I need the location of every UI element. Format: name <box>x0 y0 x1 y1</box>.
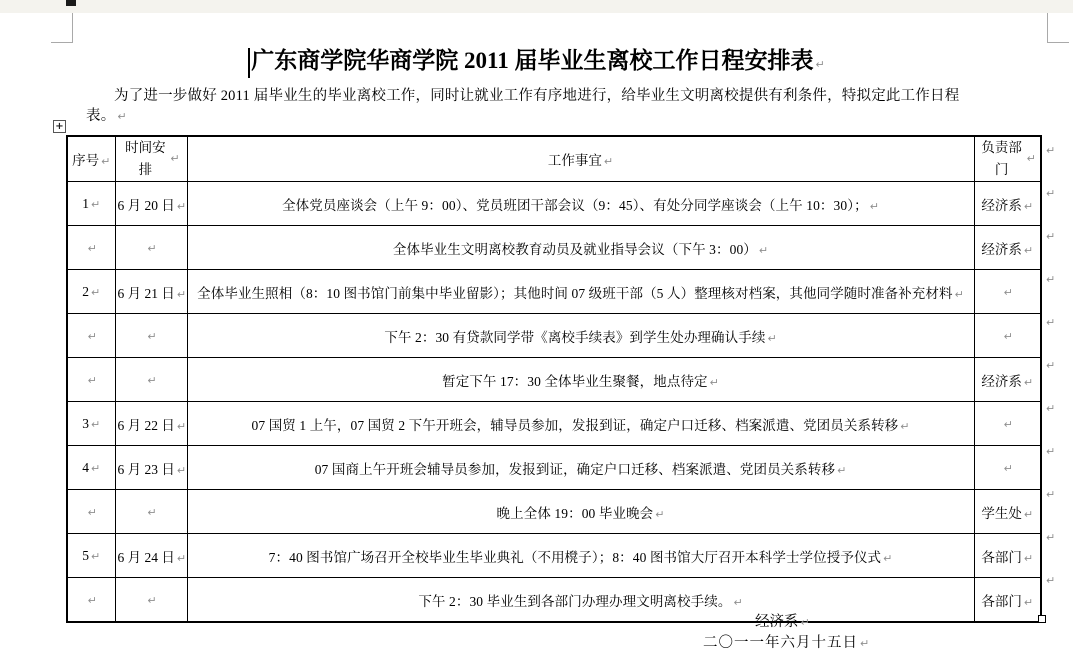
end-of-row-mark: ↵ <box>1046 316 1055 329</box>
cell-seq[interactable]: 3↵ <box>67 402 115 446</box>
signature-date[interactable]: 二〇一一年六月十五日↵ <box>703 631 869 652</box>
cell-dept[interactable]: 学生处↵ <box>974 490 1041 534</box>
end-of-row-mark: ↵ <box>1046 445 1055 458</box>
cell-mark: ↵ <box>177 464 186 477</box>
end-of-row-mark: ↵ <box>1046 187 1055 200</box>
table-header-row: 序号↵ 时间安排↵ 工作事宜↵ 负责部门↵ <box>67 136 1041 182</box>
header-seq-label: 序号 <box>72 153 99 168</box>
paragraph-mark: ↵ <box>117 110 126 123</box>
paragraph-mark: ↵ <box>816 58 825 71</box>
cell-mark: ↵ <box>1004 286 1013 299</box>
margin-corner-top-left-icon <box>51 13 73 43</box>
cell-mark: ↵ <box>88 506 97 519</box>
cell-date[interactable]: 6 月 20 日↵ <box>115 182 187 226</box>
cell-mark: ↵ <box>1004 462 1013 475</box>
header-task-label: 工作事宜 <box>548 153 602 168</box>
table-row: ↵ ↵ 下午 2：30 有贷款同学带《离校手续表》到学生处办理确认手续↵ ↵ <box>67 314 1041 358</box>
cell-task[interactable]: 全体党员座谈会（上午 9：00）、党员班团干部会议（9：45）、有处分同学座谈会… <box>187 182 974 226</box>
cell-mark: ↵ <box>147 506 156 519</box>
cell-mark: ↵ <box>177 200 186 213</box>
end-of-row-mark: ↵ <box>1046 230 1055 243</box>
cell-mark: ↵ <box>1004 330 1013 343</box>
signature-dept[interactable]: 经济系↵ <box>755 610 810 631</box>
cell-task[interactable]: 暂定下午 17：30 全体毕业生聚餐，地点待定↵ <box>187 358 974 402</box>
cell-task[interactable]: 7：40 图书馆广场召开全校毕业生毕业典礼（不用櫈子）；8：40 图书馆大厅召开… <box>187 534 974 578</box>
cell-seq[interactable]: ↵ <box>67 490 115 534</box>
cell-mark: ↵ <box>91 198 100 211</box>
cell-dept[interactable]: ↵ <box>974 402 1041 446</box>
cell-mark: ↵ <box>604 155 613 168</box>
cell-date[interactable]: ↵ <box>115 578 187 623</box>
table-resize-handle[interactable] <box>1038 615 1046 623</box>
paragraph-mark: ↵ <box>801 616 810 629</box>
intro-paragraph[interactable]: 为了进一步做好 2011 届毕业生的毕业离校工作，同时让就业工作有序地进行，给毕… <box>86 86 986 127</box>
cell-dept[interactable]: 经济系↵ <box>974 226 1041 270</box>
document-title-text: 广东商学院华商学院 2011 届毕业生离校工作日程安排表 <box>251 48 813 73</box>
cell-seq[interactable]: 1↵ <box>67 182 115 226</box>
cell-seq[interactable]: 5↵ <box>67 534 115 578</box>
table-row: ↵ ↵ 晚上全体 19：00 毕业晚会↵ 学生处↵ <box>67 490 1041 534</box>
cell-dept[interactable]: 经济系↵ <box>974 358 1041 402</box>
end-of-row-mark: ↵ <box>1046 144 1055 157</box>
cell-mark: ↵ <box>91 418 100 431</box>
cell-task[interactable]: 下午 2：30 毕业生到各部门办理办理文明离校手续。↵ <box>187 578 974 623</box>
cell-task[interactable]: 晚上全体 19：00 毕业晚会↵ <box>187 490 974 534</box>
cell-mark: ↵ <box>88 374 97 387</box>
cell-mark: ↵ <box>955 288 964 301</box>
end-of-row-mark: ↵ <box>1046 488 1055 501</box>
schedule-table: 序号↵ 时间安排↵ 工作事宜↵ 负责部门↵ 1↵ 6 月 20 日↵ 全体党员座… <box>66 135 1042 623</box>
cell-date[interactable]: ↵ <box>115 226 187 270</box>
cell-mark: ↵ <box>900 420 909 433</box>
table-row: ↵ ↵ 下午 2：30 毕业生到各部门办理办理文明离校手续。↵ 各部门↵ <box>67 578 1041 623</box>
cell-mark: ↵ <box>177 552 186 565</box>
cell-date[interactable]: 6 月 24 日↵ <box>115 534 187 578</box>
cell-mark: ↵ <box>733 596 742 609</box>
table-row: ↵ ↵ 暂定下午 17：30 全体毕业生聚餐，地点待定↵ 经济系↵ <box>67 358 1041 402</box>
cell-dept[interactable]: ↵ <box>974 314 1041 358</box>
table-row: 2↵ 6 月 21 日↵ 全体毕业生照相（8：10 图书馆门前集中毕业留影）；其… <box>67 270 1041 314</box>
cell-mark: ↵ <box>870 200 879 213</box>
cell-mark: ↵ <box>177 288 186 301</box>
cell-mark: ↵ <box>1024 552 1033 565</box>
cell-mark: ↵ <box>759 244 768 257</box>
cell-mark: ↵ <box>170 152 179 165</box>
cell-seq[interactable]: 4↵ <box>67 446 115 490</box>
end-of-row-mark: ↵ <box>1046 273 1055 286</box>
cell-mark: ↵ <box>91 462 100 475</box>
cell-mark: ↵ <box>88 594 97 607</box>
cell-date[interactable]: ↵ <box>115 314 187 358</box>
header-time[interactable]: 时间安排↵ <box>115 136 187 182</box>
cell-mark: ↵ <box>1004 418 1013 431</box>
ruler-marker <box>66 0 76 6</box>
end-of-row-mark: ↵ <box>1046 574 1055 587</box>
table-row: ↵ ↵ 全体毕业生文明离校教育动员及就业指导会议（下午 3：00）↵ 经济系↵ <box>67 226 1041 270</box>
table-row: 5↵ 6 月 24 日↵ 7：40 图书馆广场召开全校毕业生毕业典礼（不用櫈子）… <box>67 534 1041 578</box>
cell-mark: ↵ <box>147 242 156 255</box>
cell-dept[interactable]: 经济系↵ <box>974 182 1041 226</box>
cell-mark: ↵ <box>655 508 664 521</box>
cell-dept[interactable]: 各部门↵ <box>974 534 1041 578</box>
header-dept[interactable]: 负责部门↵ <box>974 136 1041 182</box>
paragraph-mark: ↵ <box>860 637 869 650</box>
cell-mark: ↵ <box>147 330 156 343</box>
cell-mark: ↵ <box>101 155 110 168</box>
cell-mark: ↵ <box>177 420 186 433</box>
cell-date[interactable]: 6 月 22 日↵ <box>115 402 187 446</box>
header-seq[interactable]: 序号↵ <box>67 136 115 182</box>
cell-seq[interactable]: ↵ <box>67 358 115 402</box>
cell-mark: ↵ <box>1024 508 1033 521</box>
cell-date[interactable]: 6 月 23 日↵ <box>115 446 187 490</box>
cell-task[interactable]: 全体毕业生照相（8：10 图书馆门前集中毕业留影）；其他时间 07 级班干部（5… <box>187 270 974 314</box>
cell-mark: ↵ <box>91 286 100 299</box>
header-task[interactable]: 工作事宜↵ <box>187 136 974 182</box>
cell-task[interactable]: 07 国贸 1 上午，07 国贸 2 下午开班会，辅导员参加，发报到证，确定户口… <box>187 402 974 446</box>
header-time-label: 时间安排 <box>122 137 168 181</box>
cell-mark: ↵ <box>147 374 156 387</box>
cell-mark: ↵ <box>91 550 100 563</box>
cell-mark: ↵ <box>147 594 156 607</box>
cell-mark: ↵ <box>767 332 776 345</box>
cell-seq[interactable]: 2↵ <box>67 270 115 314</box>
document-title[interactable]: 广东商学院华商学院 2011 届毕业生离校工作日程安排表↵ <box>0 45 1073 81</box>
cell-mark: ↵ <box>1024 244 1033 257</box>
table-move-handle-icon[interactable]: + <box>53 120 66 133</box>
cell-mark: ↵ <box>710 376 719 389</box>
cell-mark: ↵ <box>1024 376 1033 389</box>
table-row: 1↵ 6 月 20 日↵ 全体党员座谈会（上午 9：00）、党员班团干部会议（9… <box>67 182 1041 226</box>
table-row: 4↵ 6 月 23 日↵ 07 国商上午开班会辅导员参加，发报到证，确定户口迁移… <box>67 446 1041 490</box>
margin-corner-top-right-icon <box>1047 13 1069 43</box>
cell-date[interactable]: ↵ <box>115 358 187 402</box>
cell-mark: ↵ <box>1027 152 1036 165</box>
cell-mark: ↵ <box>88 242 97 255</box>
cell-mark: ↵ <box>883 552 892 565</box>
end-of-row-mark: ↵ <box>1046 359 1055 372</box>
cell-seq[interactable]: ↵ <box>67 578 115 623</box>
cell-dept[interactable]: ↵ <box>974 446 1041 490</box>
cell-mark: ↵ <box>837 464 846 477</box>
cell-dept[interactable]: 各部门↵ <box>974 578 1041 623</box>
cell-dept[interactable]: ↵ <box>974 270 1041 314</box>
cell-seq[interactable]: ↵ <box>67 314 115 358</box>
cell-task[interactable]: 07 国商上午开班会辅导员参加，发报到证，确定户口迁移、档案派遣、党团员关系转移… <box>187 446 974 490</box>
cell-mark: ↵ <box>88 330 97 343</box>
table-row: 3↵ 6 月 22 日↵ 07 国贸 1 上午，07 国贸 2 下午开班会，辅导… <box>67 402 1041 446</box>
cell-date[interactable]: ↵ <box>115 490 187 534</box>
cell-task[interactable]: 下午 2：30 有贷款同学带《离校手续表》到学生处办理确认手续↵ <box>187 314 974 358</box>
cell-task[interactable]: 全体毕业生文明离校教育动员及就业指导会议（下午 3：00）↵ <box>187 226 974 270</box>
header-dept-label: 负责部门 <box>979 137 1025 181</box>
cell-mark: ↵ <box>1024 200 1033 213</box>
cell-mark: ↵ <box>1024 596 1033 609</box>
end-of-row-mark: ↵ <box>1046 531 1055 544</box>
intro-text: 为了进一步做好 2011 届毕业生的毕业离校工作，同时让就业工作有序地进行，给毕… <box>86 88 959 124</box>
text-cursor <box>248 48 250 78</box>
cell-date[interactable]: 6 月 21 日↵ <box>115 270 187 314</box>
cell-seq[interactable]: ↵ <box>67 226 115 270</box>
end-of-row-mark: ↵ <box>1046 402 1055 415</box>
page-top-margin-area <box>0 0 1073 13</box>
